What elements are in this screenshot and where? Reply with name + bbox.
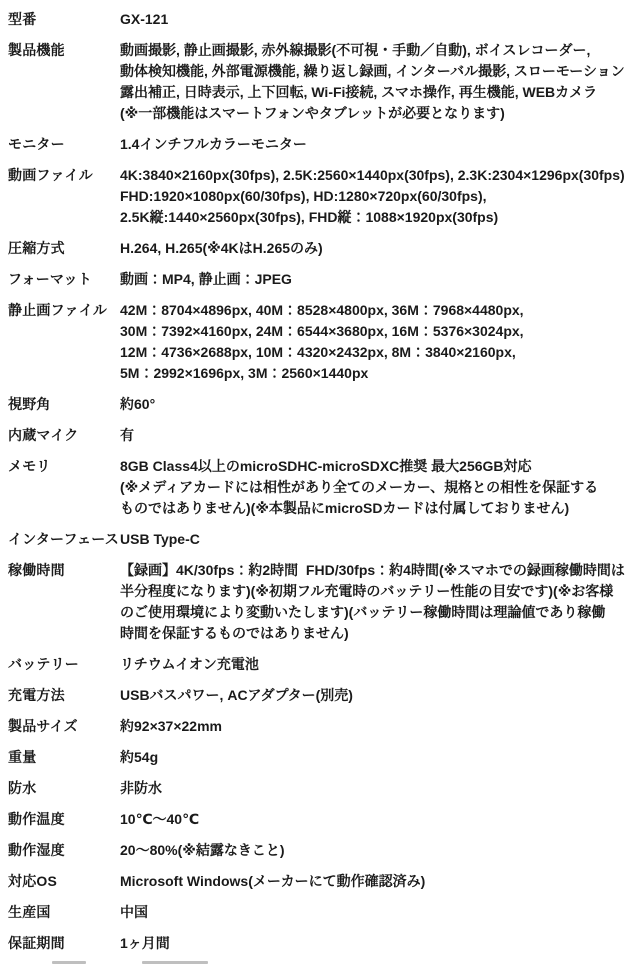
- spec-value-line: ものではありません)(※本製品にmicroSDカードは付属しておりません): [120, 498, 640, 519]
- spec-row-value: 非防水: [120, 778, 640, 799]
- spec-row: フォーマット 動画：MP4, 静止画：JPEG: [8, 269, 640, 290]
- spec-value-line: 半分程度になります)(※初期フル充電時のバッテリー性能の目安です)(※お客様: [120, 581, 640, 602]
- spec-row-value: 20～80%(※結露なきこと): [120, 840, 640, 861]
- spec-row-label: 防水: [8, 778, 120, 799]
- spec-value-line: 有: [120, 425, 640, 446]
- spec-row-label: 視野角: [8, 394, 120, 415]
- spec-row-value: 約54g: [120, 747, 640, 768]
- spec-row: 視野角 約60°: [8, 394, 640, 415]
- spec-row-value: 約92×37×22mm: [120, 716, 640, 737]
- spec-row: 防水 非防水: [8, 778, 640, 799]
- spec-value-line: H.264, H.265(※4KはH.265のみ): [120, 238, 640, 259]
- spec-value-line: 動画撮影, 静止画撮影, 赤外線撮影(不可視・手動／自動), ボイスレコーダー,: [120, 40, 640, 61]
- spec-row: 動画ファイル 4K:3840×2160px(30fps), 2.5K:2560×…: [8, 165, 640, 228]
- spec-row: メモリ 8GB Class4以上のmicroSDHC-microSDXC推奨 最…: [8, 456, 640, 519]
- spec-row-value: 中国: [120, 902, 640, 923]
- spec-row-value: USBバスパワー, ACアダプター(別売): [120, 685, 640, 706]
- spec-value-line: USB Type-C: [120, 529, 640, 550]
- spec-value-line: リチウムイオン充電池: [120, 654, 640, 675]
- spec-value-line: 約54g: [120, 747, 640, 768]
- spec-row-value: H.264, H.265(※4KはH.265のみ): [120, 238, 640, 259]
- spec-value-line: 1.4インチフルカラーモニター: [120, 134, 640, 155]
- spec-value-line: (※一部機能はスマートフォンやタブレットが必要となります): [120, 103, 640, 124]
- spec-row-label: メモリ: [8, 456, 120, 477]
- spec-table: 型番 GX-121 製品機能 動画撮影, 静止画撮影, 赤外線撮影(不可視・手動…: [0, 0, 640, 954]
- spec-value-line: Microsoft Windows(メーカーにて動作確認済み): [120, 871, 640, 892]
- spec-row-label: 動作湿度: [8, 840, 120, 861]
- spec-value-line: 1ヶ月間: [120, 933, 640, 954]
- spec-row-value: 4K:3840×2160px(30fps), 2.5K:2560×1440px(…: [120, 165, 640, 228]
- spec-row-value: 1.4インチフルカラーモニター: [120, 134, 640, 155]
- spec-value-line: 動体検知機能, 外部電源機能, 繰り返し録画, インターバル撮影, スローモーシ…: [120, 61, 640, 82]
- spec-row-label: 製品サイズ: [8, 716, 120, 737]
- spec-row-label: 内蔵マイク: [8, 425, 120, 446]
- spec-row-label: バッテリー: [8, 654, 120, 675]
- clipped-next-row: [0, 960, 640, 964]
- spec-row: 型番 GX-121: [8, 9, 640, 30]
- spec-value-line: (※メディアカードには相性があり全てのメーカー、規格との相性を保証する: [120, 477, 640, 498]
- spec-row: 圧縮方式 H.264, H.265(※4KはH.265のみ): [8, 238, 640, 259]
- spec-row: 製品機能 動画撮影, 静止画撮影, 赤外線撮影(不可視・手動／自動), ボイスレ…: [8, 40, 640, 124]
- spec-row: 保証期間 1ヶ月間: [8, 933, 640, 954]
- spec-row-label: 製品機能: [8, 40, 120, 61]
- spec-row-label: 充電方法: [8, 685, 120, 706]
- spec-row-label: インターフェース: [8, 529, 120, 550]
- spec-row-value: 【録画】4K/30fps：約2時間 FHD/30fps：約4時間(※スマホでの録…: [120, 560, 640, 644]
- spec-row-value: USB Type-C: [120, 529, 640, 550]
- spec-row-value: 1ヶ月間: [120, 933, 640, 954]
- spec-row-value: リチウムイオン充電池: [120, 654, 640, 675]
- spec-row-value: 10℃～40℃: [120, 809, 640, 830]
- spec-row: 静止画ファイル 42M：8704×4896px, 40M：8528×4800px…: [8, 300, 640, 384]
- spec-row-label: 稼働時間: [8, 560, 120, 581]
- spec-row: 稼働時間 【録画】4K/30fps：約2時間 FHD/30fps：約4時間(※ス…: [8, 560, 640, 644]
- spec-value-line: 4K:3840×2160px(30fps), 2.5K:2560×1440px(…: [120, 165, 640, 186]
- spec-row-label: 圧縮方式: [8, 238, 120, 259]
- spec-value-line: のご使用環境により変動いたします)(バッテリー稼働時間は理論値であり稼働: [120, 602, 640, 623]
- spec-value-line: 42M：8704×4896px, 40M：8528×4800px, 36M：79…: [120, 300, 640, 321]
- spec-row: 充電方法 USBバスパワー, ACアダプター(別売): [8, 685, 640, 706]
- spec-row: 対応OS Microsoft Windows(メーカーにて動作確認済み): [8, 871, 640, 892]
- spec-row: バッテリー リチウムイオン充電池: [8, 654, 640, 675]
- spec-row: 生産国 中国: [8, 902, 640, 923]
- spec-row-value: GX-121: [120, 9, 640, 30]
- spec-value-line: 2.5K縦:1440×2560px(30fps), FHD縦：1088×1920…: [120, 207, 640, 228]
- spec-row-label: 生産国: [8, 902, 120, 923]
- spec-value-line: GX-121: [120, 9, 640, 30]
- spec-value-line: 5M：2992×1696px, 3M：2560×1440px: [120, 363, 640, 384]
- spec-value-line: 約92×37×22mm: [120, 716, 640, 737]
- spec-row: 重量 約54g: [8, 747, 640, 768]
- spec-row-label: 対応OS: [8, 871, 120, 892]
- spec-row-label: 静止画ファイル: [8, 300, 120, 321]
- spec-row-label: 動作温度: [8, 809, 120, 830]
- spec-row-label: 型番: [8, 9, 120, 30]
- spec-value-line: 約60°: [120, 394, 640, 415]
- spec-row-value: 8GB Class4以上のmicroSDHC-microSDXC推奨 最大256…: [120, 456, 640, 519]
- spec-value-line: 中国: [120, 902, 640, 923]
- spec-row-value: 有: [120, 425, 640, 446]
- spec-value-line: 動画：MP4, 静止画：JPEG: [120, 269, 640, 290]
- spec-row-label: 重量: [8, 747, 120, 768]
- spec-row: モニター 1.4インチフルカラーモニター: [8, 134, 640, 155]
- spec-row-label: モニター: [8, 134, 120, 155]
- spec-value-line: 時間を保証するものではありません): [120, 623, 640, 644]
- spec-row: 製品サイズ 約92×37×22mm: [8, 716, 640, 737]
- spec-value-line: 10℃～40℃: [120, 809, 640, 830]
- spec-value-line: 非防水: [120, 778, 640, 799]
- spec-row-value: Microsoft Windows(メーカーにて動作確認済み): [120, 871, 640, 892]
- spec-row: 内蔵マイク 有: [8, 425, 640, 446]
- spec-row-label: 保証期間: [8, 933, 120, 954]
- spec-row: 動作温度 10℃～40℃: [8, 809, 640, 830]
- spec-value-line: FHD:1920×1080px(60/30fps), HD:1280×720px…: [120, 186, 640, 207]
- spec-row-label: 動画ファイル: [8, 165, 120, 186]
- spec-value-line: 8GB Class4以上のmicroSDHC-microSDXC推奨 最大256…: [120, 456, 640, 477]
- spec-row-label: フォーマット: [8, 269, 120, 290]
- spec-row: インターフェース USB Type-C: [8, 529, 640, 550]
- spec-row-value: 42M：8704×4896px, 40M：8528×4800px, 36M：79…: [120, 300, 640, 384]
- spec-row-value: 約60°: [120, 394, 640, 415]
- spec-value-line: 12M：4736×2688px, 10M：4320×2432px, 8M：384…: [120, 342, 640, 363]
- spec-value-line: 30M：7392×4160px, 24M：6544×3680px, 16M：53…: [120, 321, 640, 342]
- spec-value-line: 20～80%(※結露なきこと): [120, 840, 640, 861]
- spec-value-line: 【録画】4K/30fps：約2時間 FHD/30fps：約4時間(※スマホでの録…: [120, 560, 640, 581]
- spec-row-value: 動画撮影, 静止画撮影, 赤外線撮影(不可視・手動／自動), ボイスレコーダー,…: [120, 40, 640, 124]
- spec-value-line: 露出補正, 日時表示, 上下回転, Wi-Fi接続, スマホ操作, 再生機能, …: [120, 82, 640, 103]
- spec-row: 動作湿度 20～80%(※結露なきこと): [8, 840, 640, 861]
- spec-value-line: USBバスパワー, ACアダプター(別売): [120, 685, 640, 706]
- spec-row-value: 動画：MP4, 静止画：JPEG: [120, 269, 640, 290]
